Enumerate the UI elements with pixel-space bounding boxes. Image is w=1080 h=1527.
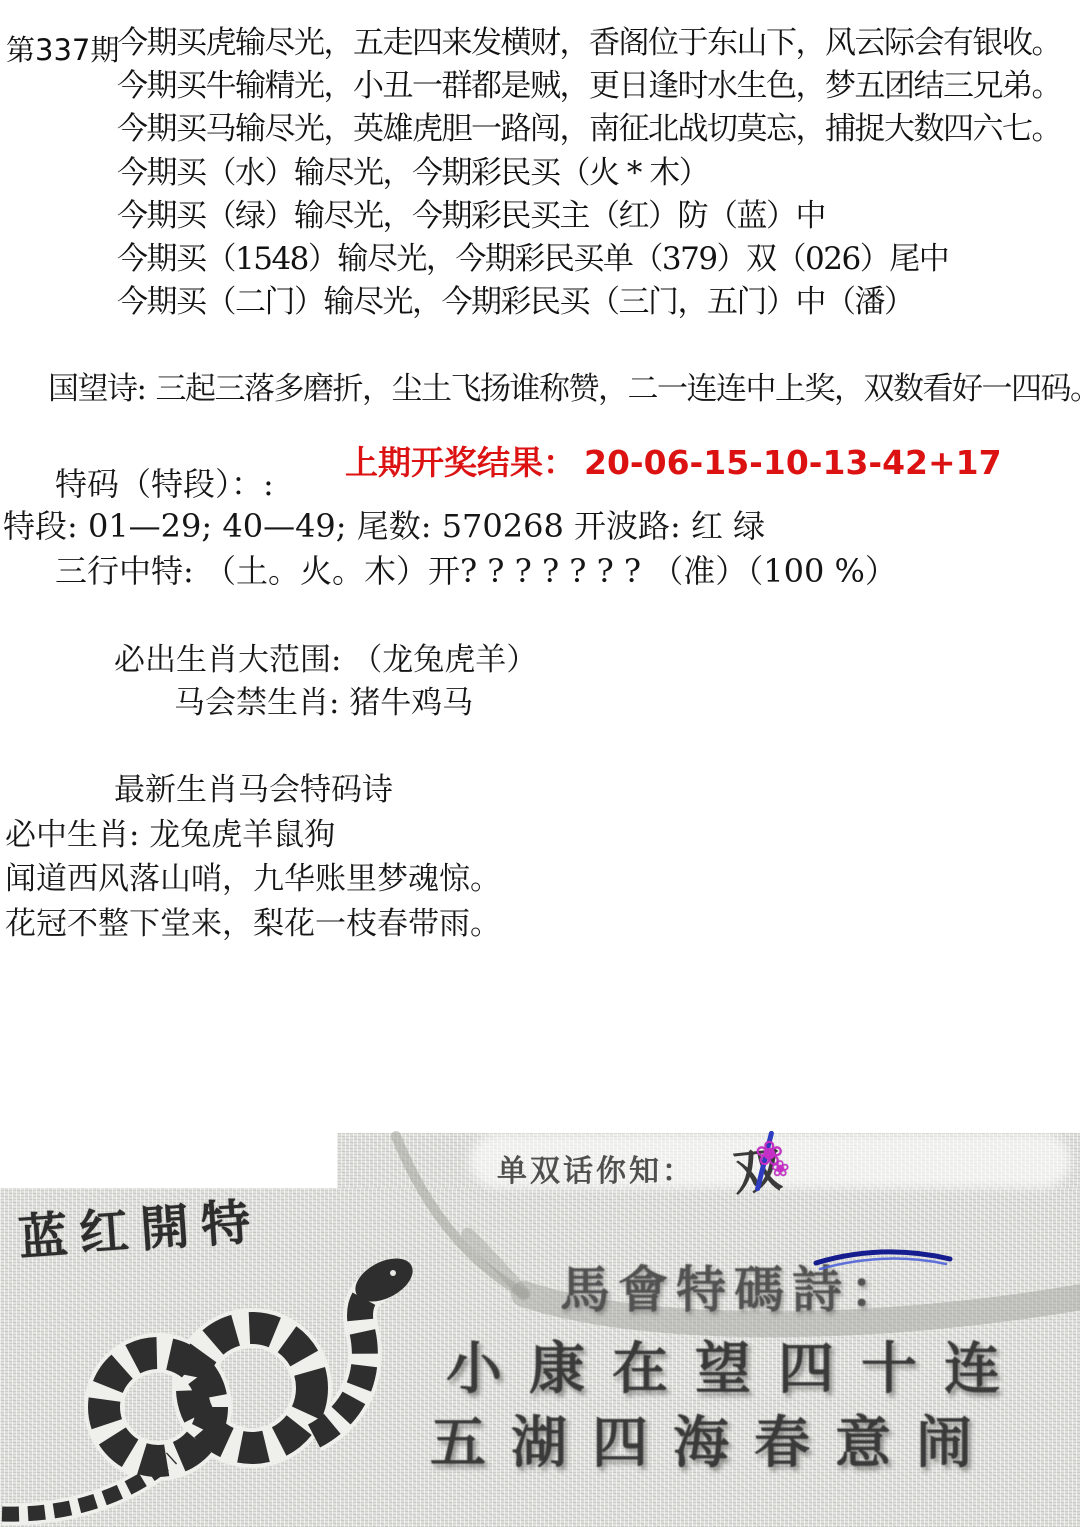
lottery-tip-sheet: 第337期 今期买虎输尽光，五走四来发横财，香阁位于东山下，风云际会有银收。 今…	[0, 0, 1080, 1527]
blue-pen-arc	[0, 0, 1080, 1527]
